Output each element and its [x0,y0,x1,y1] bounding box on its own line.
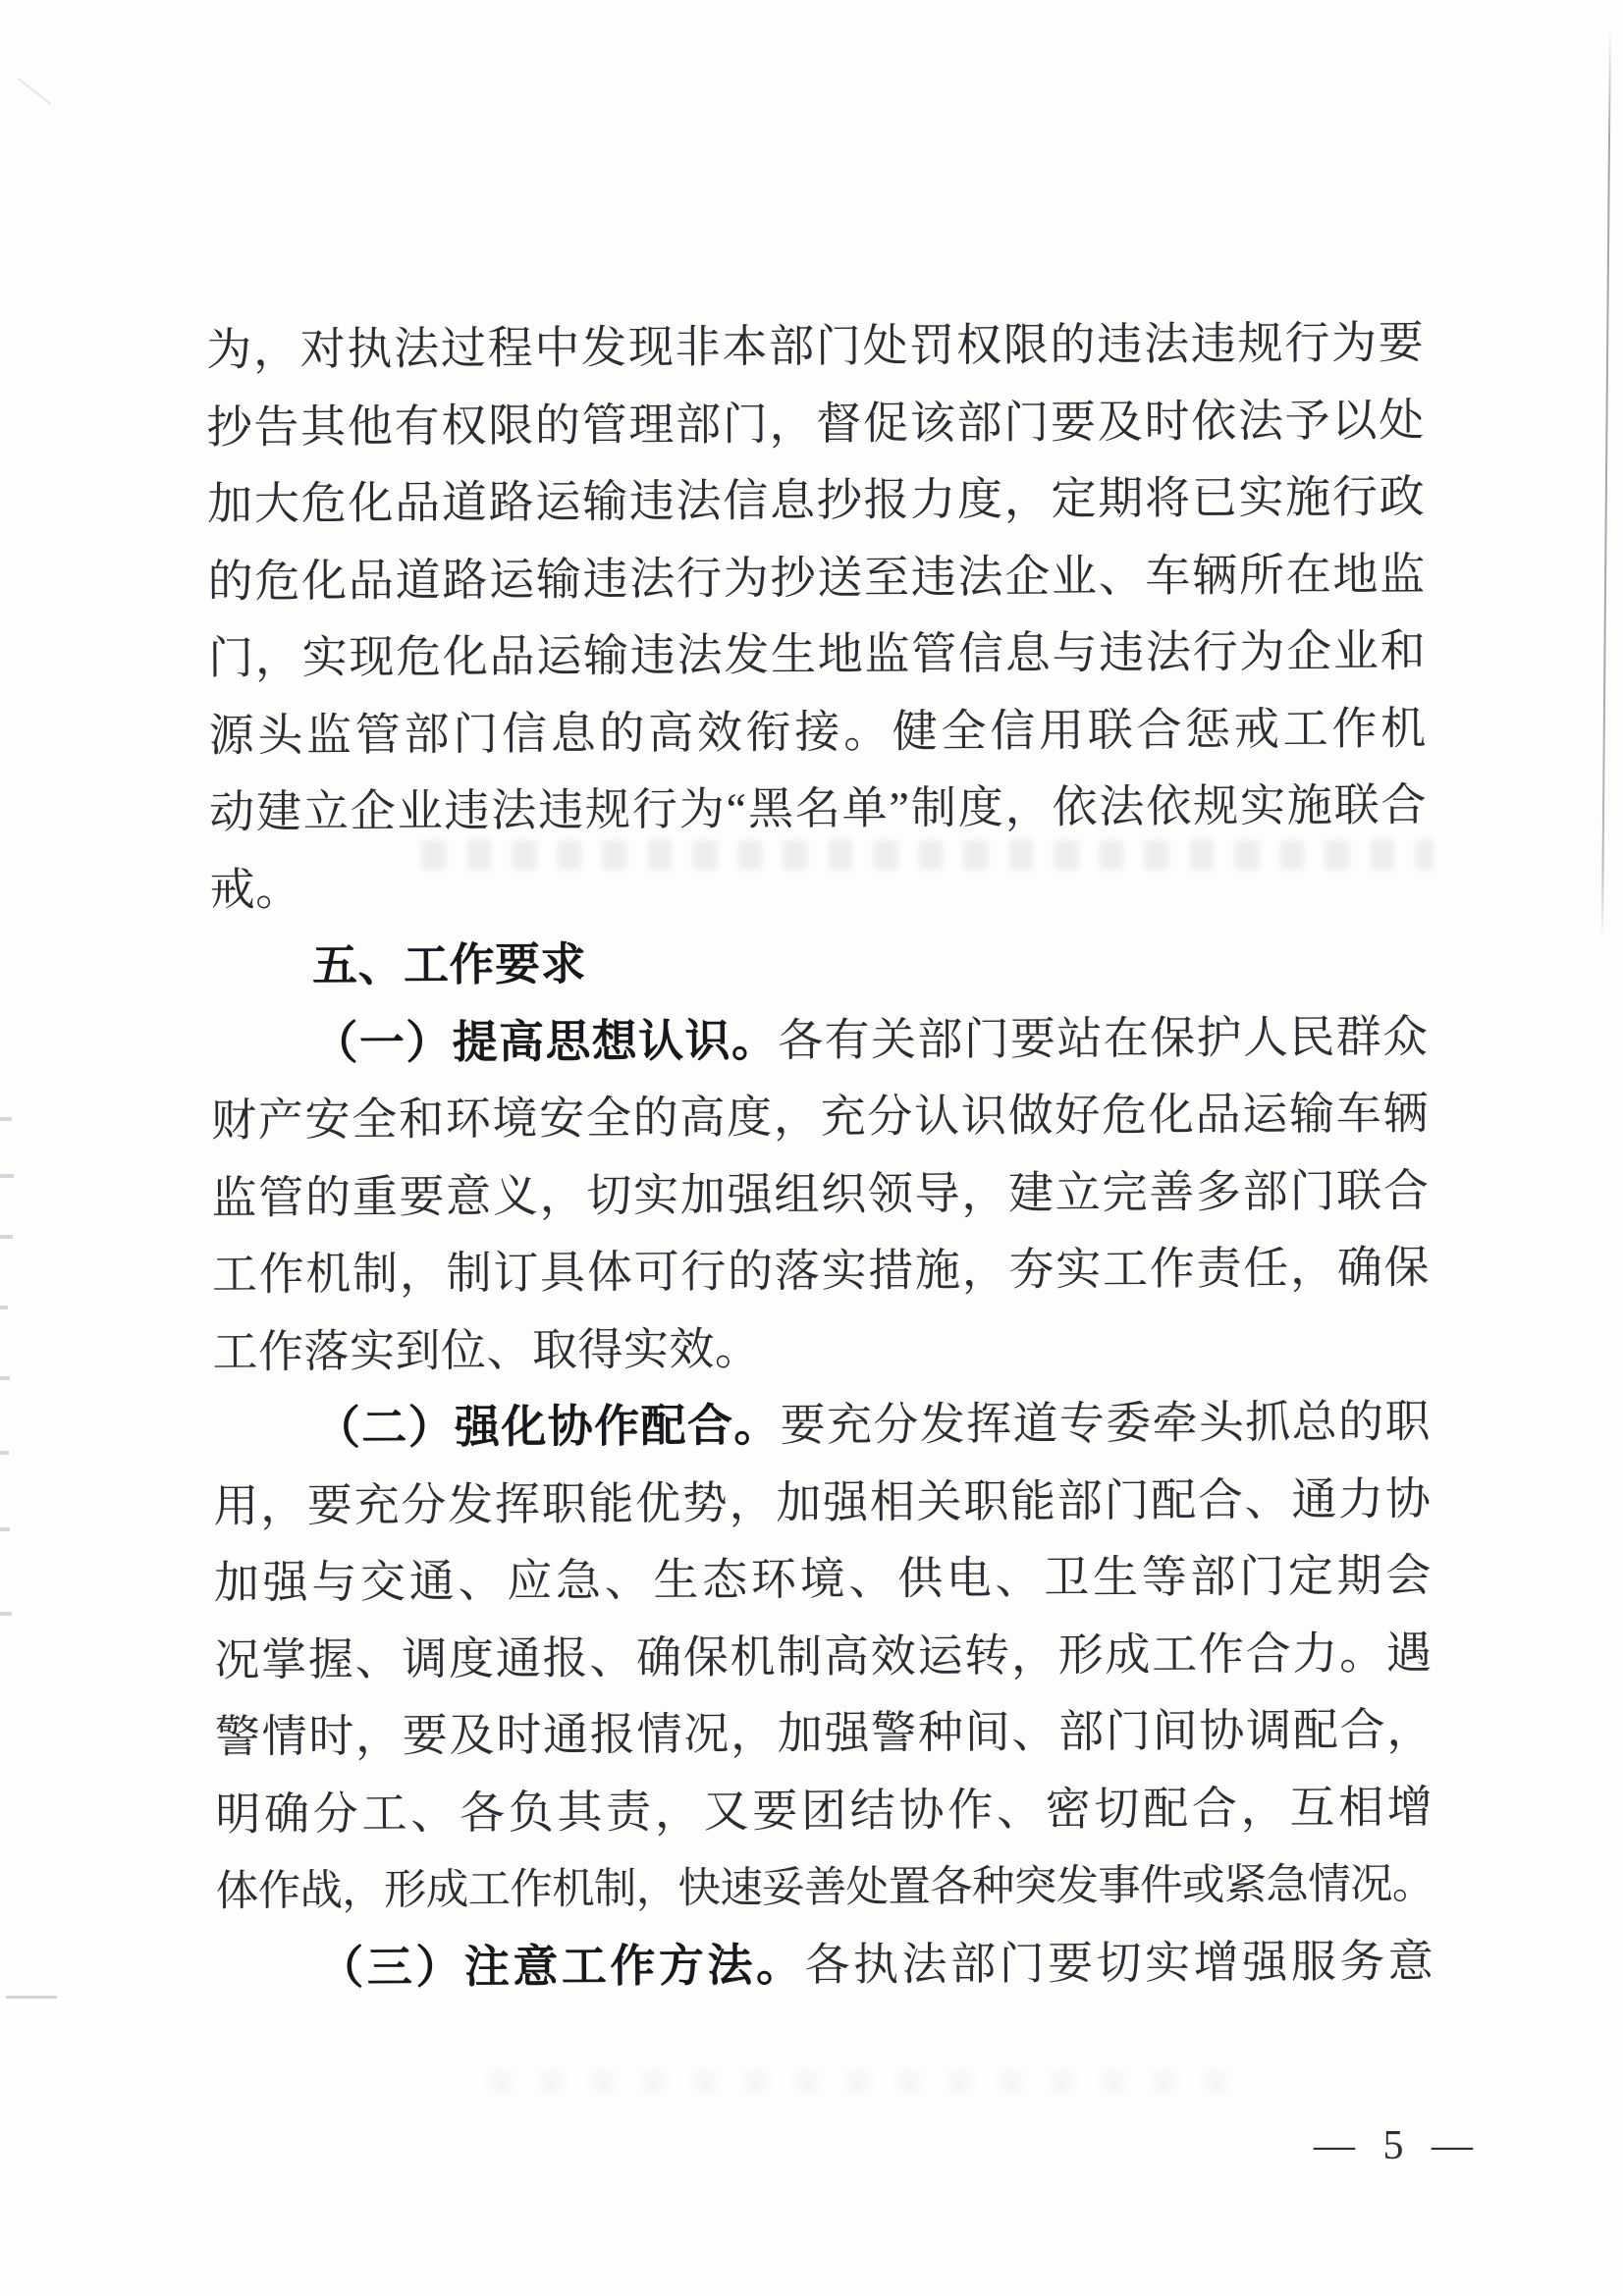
document-line: 工作落实到位、取得实效。 [212,1307,1430,1391]
document-line: 财产安全和环境安全的高度，充分认识做好危化品运输车辆安全 [211,1075,1429,1159]
scan-edge-tick-artifact [0,1117,12,1121]
document-text-block: 为，对执法过程中发现非本部门处罚权限的违法违规行为要及时抄告其他有权限的管理部门… [206,304,1434,2007]
document-line-text-segment: 戒。 [209,864,300,915]
document-line-text-segment: 的危化品道路运输违法行为抄送至违法企业、车辆所在地监管部 [208,549,1426,620]
scan-edge-mark-artifact [6,1996,57,1999]
scan-edge-line-artifact [1601,27,1611,940]
scan-edge-tick-artifact [0,1376,10,1380]
document-line-text-segment: 明确分工、各负其责，又要团结协作、密切配合，互相增援、整 [215,1782,1433,1853]
scanned-document-page: 为，对执法过程中发现非本部门处罚权限的违法违规行为要及时抄告其他有权限的管理部门… [0,0,1623,2296]
document-line-heading-segment: 五、工作要求 [312,939,586,991]
scan-edge-tick-artifact [0,1527,10,1531]
document-line: 加强与交通、应急、生态环境、供电、卫生等部门定期会商、情 [214,1537,1432,1622]
document-line-text-segment: 工作落实到位、取得实效。 [212,1323,760,1376]
page-number: — 5 — [1296,2122,1492,2169]
document-line-text-segment: 为，对执法过程中发现非本部门处罚权限的违法违规行为要及时 [206,317,1424,389]
document-line: 为，对执法过程中发现非本部门处罚权限的违法违规行为要及时 [206,304,1424,389]
scan-edge-tick-artifact [0,1174,14,1178]
document-line: 况掌握、调度通报、确保机制高效运转，形成工作合力。遇突发 [214,1615,1432,1699]
document-line: 门，实现危化品运输违法发生地监管信息与违法行为企业和车辆 [208,613,1426,697]
document-line-heading-segment: （三）注意工作方法。 [318,1940,805,1993]
document-line-heading-segment: （二）强化协作配合。 [315,1400,781,1453]
document-line-text-segment: 用，要充分发挥职能优势，加强相关职能部门配合、通力协作， [213,1473,1431,1545]
document-line: （三）注意工作方法。各执法部门要切实增强服务意识，加 [216,1923,1434,2007]
document-line-heading-segment: （一）提高思想认识。 [312,1015,778,1068]
document-line: 抄告其他有权限的管理部门，督促该部门要及时依法予以处罚； [206,382,1424,466]
document-line-text-segment: 源头监管部门信息的高效衔接。健全信用联合惩戒工作机制，推 [208,703,1426,774]
document-line: （一）提高思想认识。各有关部门要站在保护人民群众生命 [210,998,1428,1083]
document-line: 加大危化品道路运输违法信息抄报力度，定期将已实施行政处罚 [207,458,1425,543]
document-line-text-segment: 加大危化品道路运输违法信息抄报力度，定期将已实施行政处罚 [207,471,1425,543]
scan-edge-tick-artifact [0,1451,9,1455]
document-line: 源头监管部门信息的高效衔接。健全信用联合惩戒工作机制，推 [208,690,1426,774]
document-line: 五、工作要求 [210,921,1428,1005]
document-line-text-segment: 抄告其他有权限的管理部门，督促该部门要及时依法予以处罚； [207,395,1425,466]
scan-edge-tick-artifact [0,1235,13,1239]
document-line-text-segment: 警情时，要及时通报情况，加强警种间、部门间协调配合，既要 [215,1704,1433,1776]
document-line: 体作战，形成工作机制，快速妥善处置各种突发事件或紧急情况。 [216,1845,1434,1930]
document-line-text-segment: 工作机制，制订具体可行的落实措施，夯实工作责任，确保各项 [212,1242,1430,1313]
document-line: 用，要充分发挥职能优势，加强相关职能部门配合、通力协作， [213,1461,1431,1545]
scan-edge-tick-artifact [0,1306,8,1309]
document-line-text-segment: 监管的重要意义，切实加强组织领导，建立完善多部门联合监管 [211,1165,1429,1237]
document-line: 警情时，要及时通报情况，加强警种间、部门间协调配合，既要 [215,1691,1433,1776]
document-line-text-segment: 体作战，形成工作机制，快速妥善处置各种突发事件或紧急情况。 [216,1860,1434,1915]
document-line-text-segment: 财产安全和环境安全的高度，充分认识做好危化品运输车辆安全 [211,1088,1429,1159]
document-line-text-segment: 门，实现危化品运输违法发生地监管信息与违法行为企业和车辆 [208,625,1426,697]
document-line: 动建立企业违法违规行为“黑名单”制度，依法依规实施联合惩 [209,767,1427,851]
scan-edge-tick-artifact [0,1612,12,1616]
document-line-text-segment: 况掌握、调度通报、确保机制高效运转，形成工作合力。遇突发 [214,1628,1432,1699]
scan-corner-mark-artifact [18,78,51,104]
document-line: 监管的重要意义，切实加强组织领导，建立完善多部门联合监管 [211,1152,1429,1237]
document-line: （二）强化协作配合。要充分发挥道专委牵头抓总的职能作 [213,1383,1431,1468]
document-line: 工作机制，制订具体可行的落实措施，夯实工作责任，确保各项 [212,1229,1430,1313]
ink-bleed-through-artifact [491,2071,1237,2093]
ink-bleed-through-artifact [422,840,1434,870]
document-line: 的危化品道路运输违法行为抄送至违法企业、车辆所在地监管部 [207,536,1425,620]
document-line-text-segment: 加强与交通、应急、生态环境、供电、卫生等部门定期会商、情 [214,1550,1432,1622]
document-line: 明确分工、各负其责，又要团结协作、密切配合，互相增援、整 [215,1769,1433,1853]
